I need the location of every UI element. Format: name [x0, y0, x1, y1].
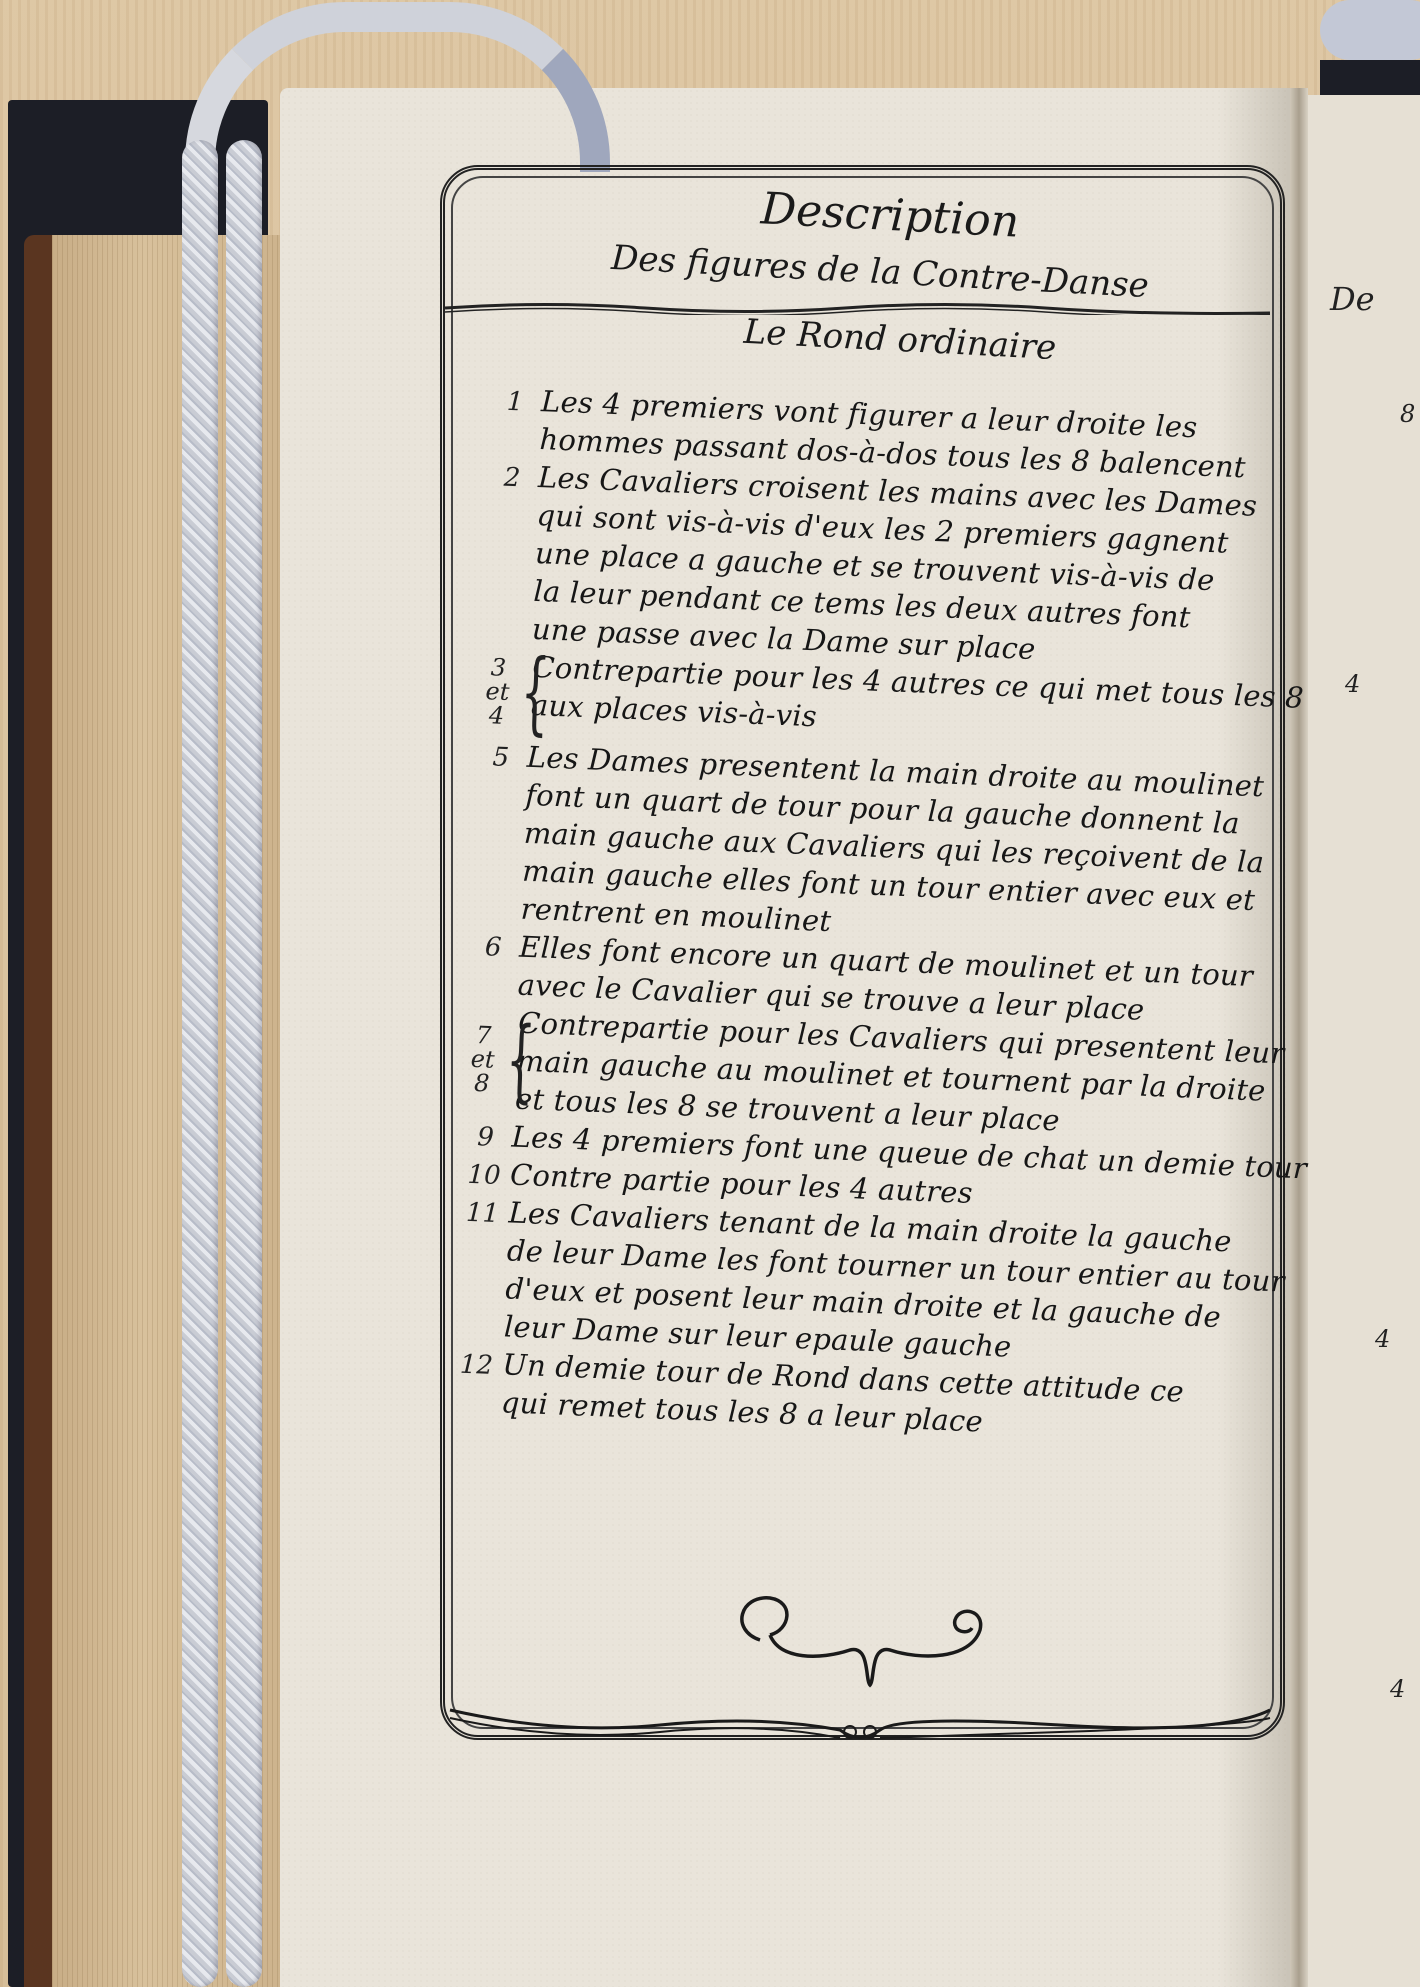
document: Description Des figures de la Contre-Dan…	[0, 0, 1420, 1987]
facing-page-number: 8	[1400, 400, 1415, 428]
figure-number: 10	[457, 1153, 510, 1191]
figure-number: 6	[467, 926, 520, 964]
flourish-ornament-icon	[720, 1590, 1020, 1690]
figure-number: 2	[486, 456, 539, 494]
figure-number: 7 et 8	[460, 1001, 505, 1117]
figure-entry: 5 Les Dames presentent la main droite au…	[468, 736, 1265, 958]
brace-icon: {	[504, 1003, 516, 1117]
figure-number: 3 et 4	[476, 646, 520, 738]
section-heading: Le Rond ordinaire	[699, 310, 1101, 371]
figure-list: 1 Les 4 premiers vont figurer a leur dro…	[448, 380, 1279, 1451]
figure-number: 11	[456, 1191, 509, 1229]
facing-page-number: 4	[1390, 1675, 1405, 1703]
page-subtitle: Des figures de la Contre-Danse	[519, 233, 1240, 311]
figure-number: 9	[459, 1115, 512, 1153]
figure-number-range: 3 et 4	[481, 655, 514, 728]
figure-number: 1	[489, 380, 542, 418]
page-title: Description	[699, 180, 1081, 251]
figure-number: 12	[450, 1343, 503, 1381]
figure-entry: 2 Les Cavaliers croisent les mains avec …	[479, 456, 1276, 678]
bottom-border-ornament-icon	[440, 1690, 1280, 1750]
facing-page-heading-fragment: De	[1330, 280, 1375, 318]
facing-page-number: 4	[1345, 670, 1360, 698]
figure-number-range: 7 et 8	[466, 1023, 499, 1096]
brace-icon: {	[519, 648, 530, 738]
facing-page-number: 4	[1375, 1325, 1390, 1353]
